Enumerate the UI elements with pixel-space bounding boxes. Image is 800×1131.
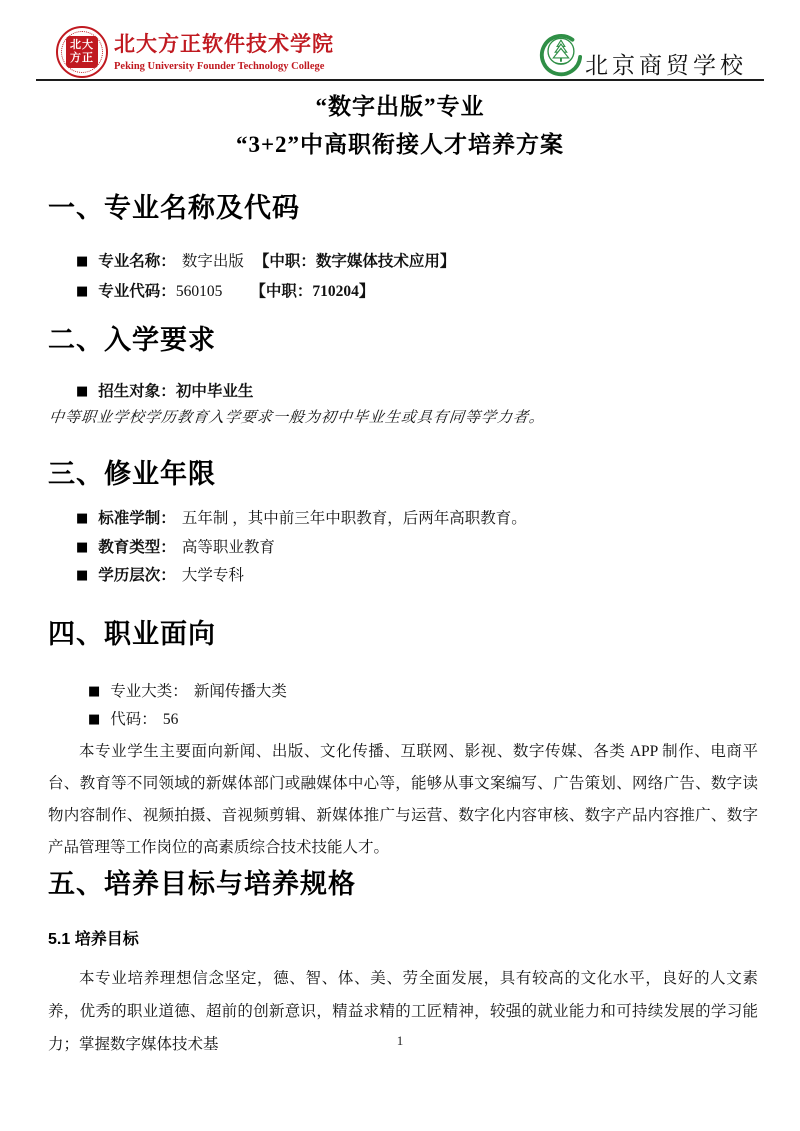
tree-emblem-icon [537, 33, 583, 79]
bullet-category-code: ■代码：56 [88, 707, 178, 729]
section-heading-4: 四、职业面向 [48, 612, 216, 651]
founder-college-name-cn: 北大方正软件技术学院 [114, 28, 334, 58]
category-code-label: 代码： [110, 711, 157, 728]
section-heading-2: 二、入学要求 [48, 318, 216, 357]
header-divider [36, 79, 764, 81]
bullet-square-icon: ■ [76, 384, 88, 399]
major-category-value: 新闻传播大类 [194, 683, 287, 700]
bullet-square-icon: ■ [76, 284, 88, 299]
education-type-label: 教育类型： [98, 539, 176, 556]
document-title-line2: “3+2”中高职衔接人才培养方案 [0, 126, 800, 159]
founder-seal-icon: 北大 方正 [56, 26, 108, 78]
category-code-value: 56 [163, 711, 179, 728]
bullet-education-type: ■教育类型：高等职业教育 [76, 535, 275, 557]
enrollment-note: 中等职业学校学历教育入学要求一般为初中毕业生或具有同等学力者。 [48, 406, 546, 427]
bullet-degree-level: ■学历层次：大学专科 [76, 563, 244, 585]
major-name-zhongzhi: 【中职：数字媒体技术应用】 [254, 253, 456, 270]
section-heading-5: 五、培养目标与培养规格 [48, 862, 356, 901]
bullet-major-code: ■专业代码：560105【中职：710204】 [76, 279, 374, 301]
enrollment-target-label: 招生对象： [98, 383, 176, 400]
bullet-square-icon: ■ [76, 511, 88, 526]
bullet-major-name: ■专业名称：数字出版【中职：数字媒体技术应用】 [76, 249, 455, 271]
seal-ring-decoration [61, 31, 103, 73]
degree-level-value: 大学专科 [182, 567, 244, 584]
major-category-label: 专业大类： [110, 683, 188, 700]
document-title-line1: “数字出版”专业 [0, 88, 800, 121]
major-code-value: 560105 [176, 283, 223, 300]
major-name-value: 数字出版 [182, 253, 244, 270]
bullet-square-icon: ■ [76, 568, 88, 583]
page-number: 1 [0, 1033, 800, 1049]
bullet-standard-schooling: ■标准学制：五年制 ，其中前三年中职教育，后两年高职教育。 [76, 506, 527, 528]
bullet-enrollment-target: ■招生对象：初中毕业生 [76, 379, 253, 401]
document-page: 北大 方正 北大方正软件技术学院 Peking University Found… [0, 0, 800, 1131]
section-heading-1: 一、专业名称及代码 [48, 186, 300, 225]
bjsm-school-name: 北京商贸学校 [585, 47, 747, 80]
bullet-square-icon: ■ [88, 684, 100, 699]
bullet-major-category: ■专业大类：新闻传播大类 [88, 679, 287, 701]
career-orientation-paragraph: 本专业学生主要面向新闻、出版、文化传播、互联网、影视、数字传媒、各类 APP 制… [48, 736, 758, 864]
bullet-square-icon: ■ [76, 254, 88, 269]
standard-schooling-value: 五年制 ，其中前三年中职教育，后两年高职教育。 [182, 510, 527, 527]
founder-college-name-en: Peking University Founder Technology Col… [114, 61, 334, 72]
enrollment-target-value: 初中毕业生 [176, 383, 254, 400]
education-type-value: 高等职业教育 [182, 539, 275, 556]
standard-schooling-label: 标准学制： [98, 510, 176, 527]
major-name-label: 专业名称： [98, 253, 176, 270]
bullet-square-icon: ■ [76, 540, 88, 555]
degree-level-label: 学历层次： [98, 567, 176, 584]
bullet-square-icon: ■ [88, 712, 100, 727]
section-heading-3: 三、修业年限 [48, 452, 216, 491]
major-code-label: 专业代码： [98, 283, 176, 300]
subsection-heading-5-1: 5.1 培养目标 [48, 926, 139, 949]
major-code-zhongzhi: 【中职：710204】 [250, 283, 374, 300]
founder-logo-text: 北大方正软件技术学院 Peking University Founder Tec… [114, 28, 334, 72]
